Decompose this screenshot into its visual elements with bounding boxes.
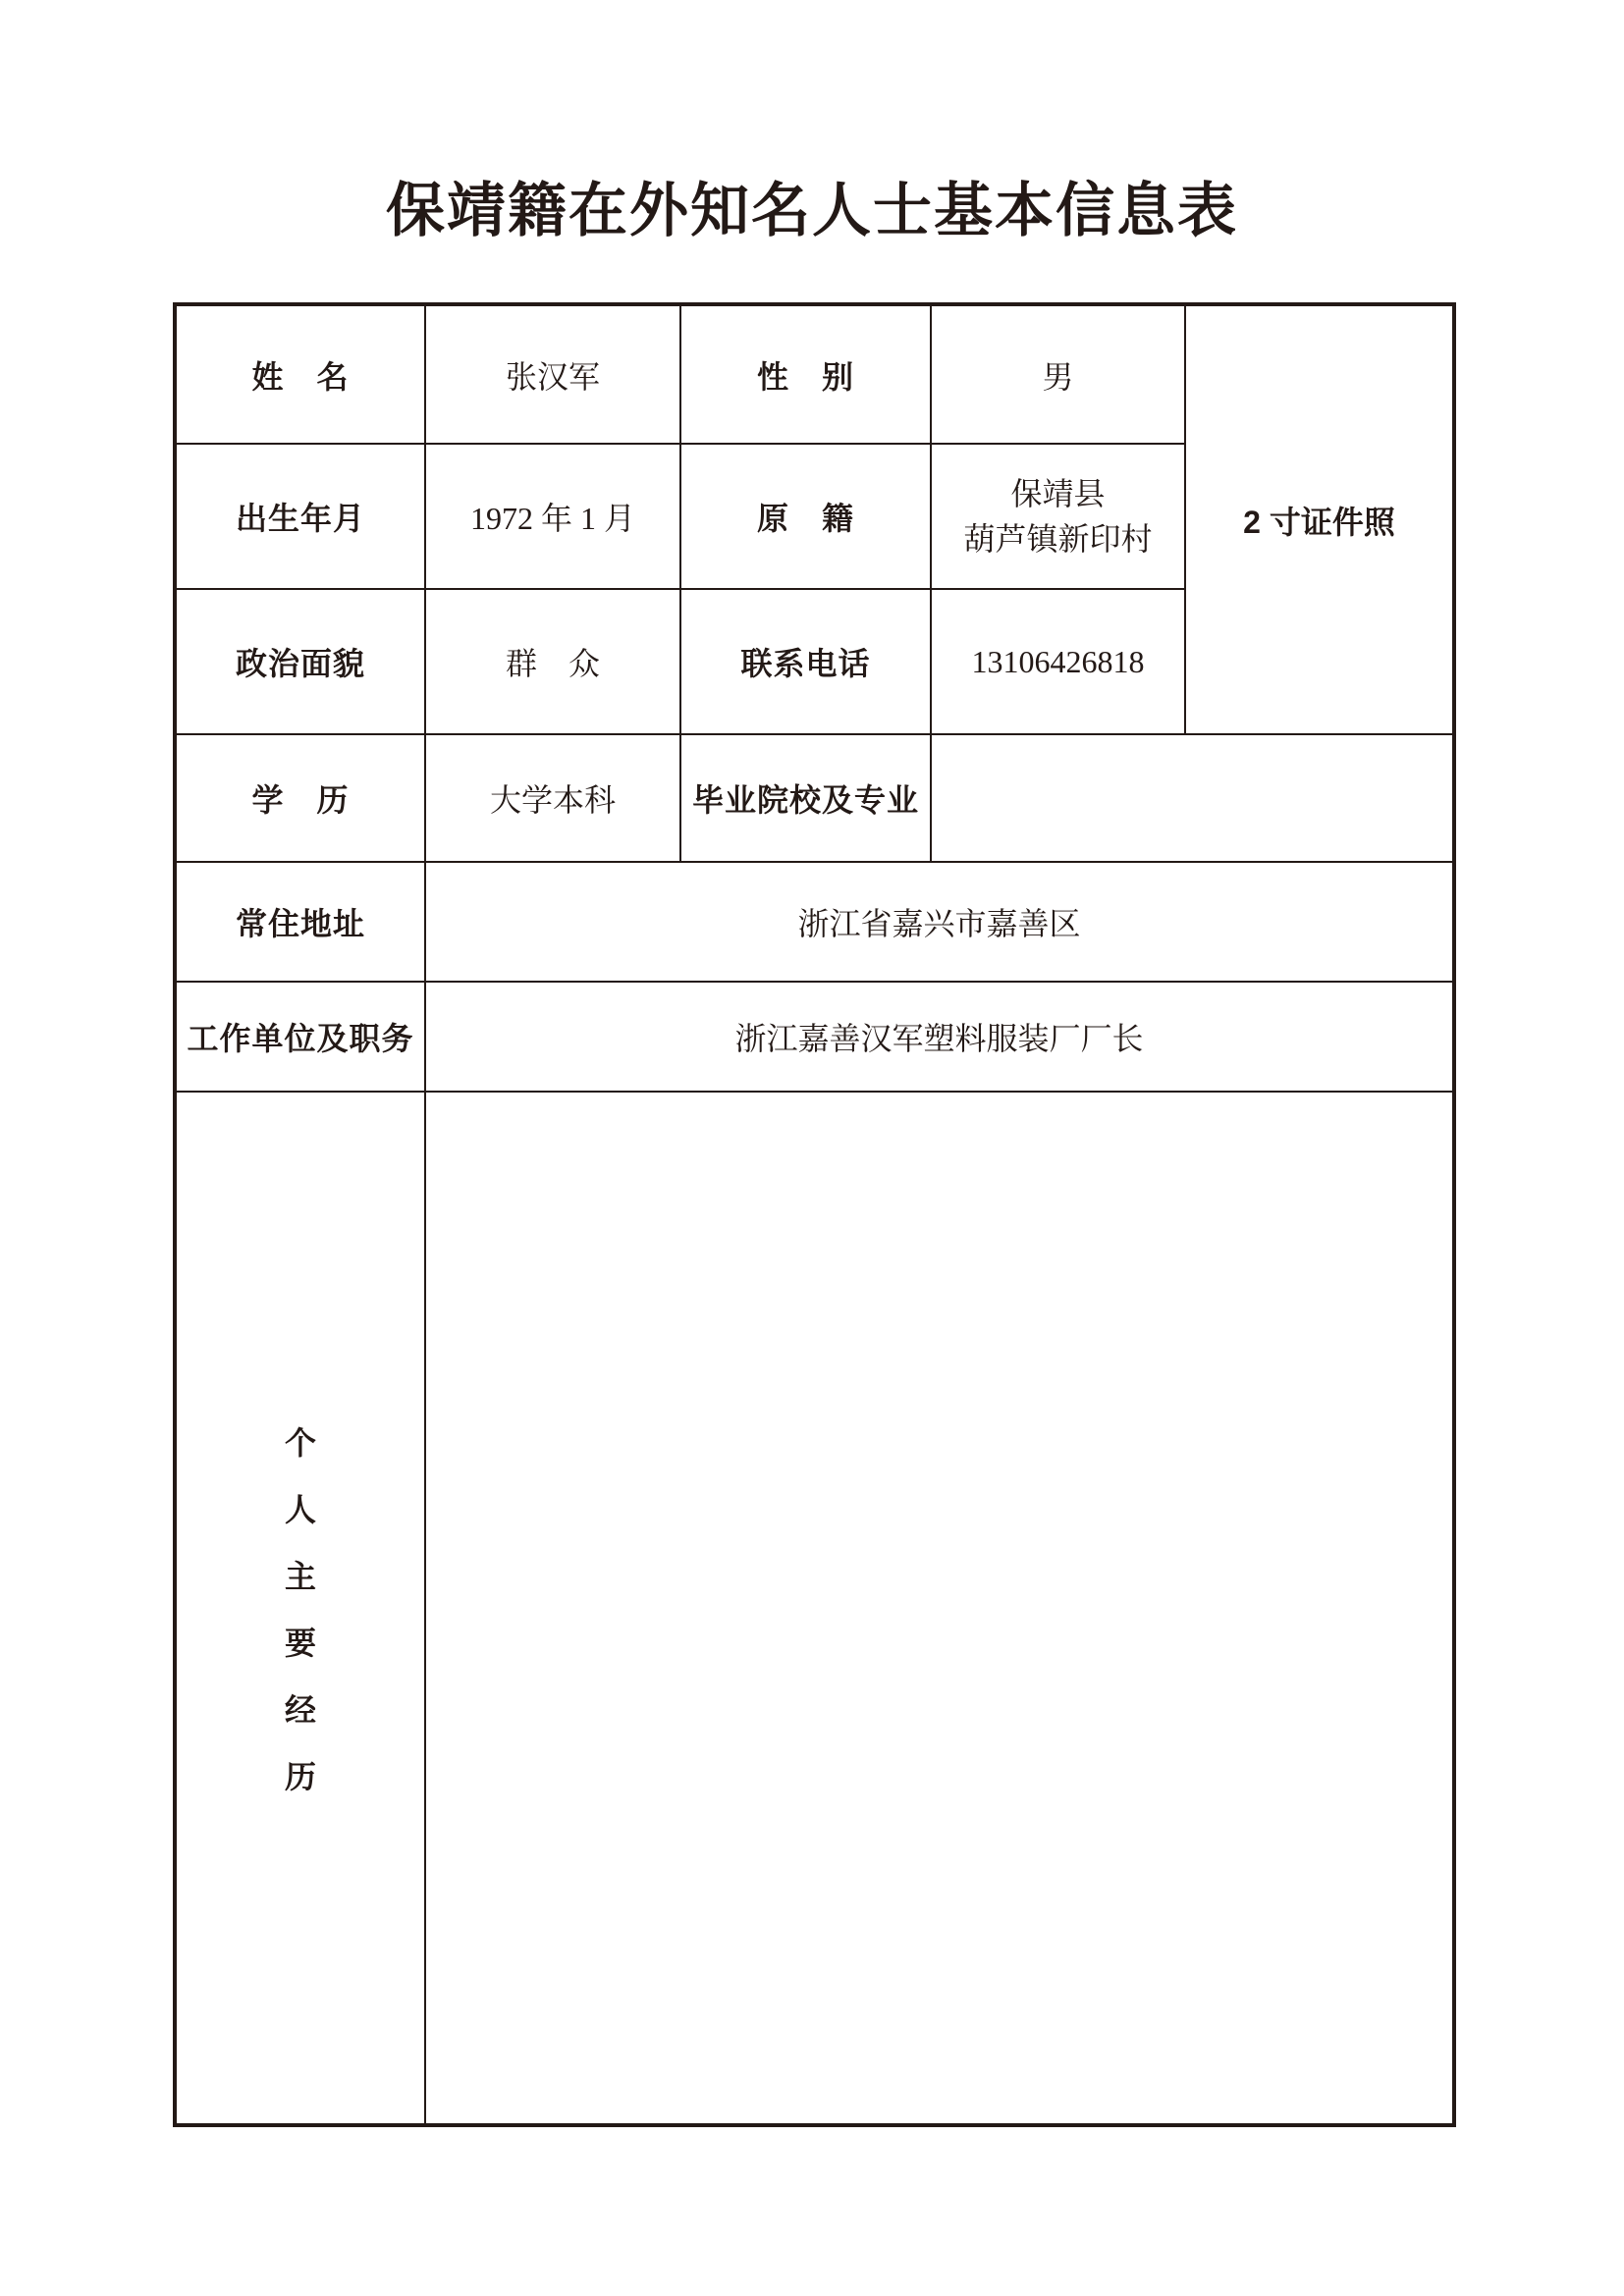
experience-char: 要	[285, 1619, 316, 1664]
work-value: 浙江嘉善汉军塑料服装厂厂长	[425, 982, 1454, 1092]
address-value: 浙江省嘉兴市嘉善区	[425, 862, 1454, 982]
name-value: 张汉军	[425, 304, 680, 444]
birth-value: 1972 年 1 月	[425, 444, 680, 589]
info-table: 姓 名 张汉军 性 别 男 2 寸证件照 出生年月 1972 年 1 月 原 籍…	[173, 302, 1456, 2127]
experience-char: 个	[285, 1418, 316, 1464]
name-label: 姓 名	[175, 304, 425, 444]
row-education-school: 学 历 大学本科 毕业院校及专业	[175, 734, 1454, 862]
school-label: 毕业院校及专业	[680, 734, 931, 862]
photo-placeholder: 2 寸证件照	[1185, 304, 1454, 734]
experience-char: 人	[285, 1485, 316, 1530]
phone-label: 联系电话	[680, 589, 931, 734]
row-address: 常住地址 浙江省嘉兴市嘉善区	[175, 862, 1454, 982]
row-work: 工作单位及职务 浙江嘉善汉军塑料服装厂厂长	[175, 982, 1454, 1092]
birth-label: 出生年月	[175, 444, 425, 589]
gender-label: 性 别	[680, 304, 931, 444]
gender-value: 男	[931, 304, 1185, 444]
experience-char: 经	[285, 1685, 316, 1731]
experience-value	[425, 1092, 1454, 2125]
row-experience: 个 人 主 要 经 历	[175, 1092, 1454, 2125]
origin-line1: 保靖县	[938, 471, 1178, 516]
education-value: 大学本科	[425, 734, 680, 862]
experience-label: 个 人 主 要 经 历	[175, 1092, 425, 2125]
experience-char: 历	[285, 1752, 316, 1797]
document-page: 保靖籍在外知名人士基本信息表 姓 名 张汉军 性 别 男 2 寸证件照 出生年月…	[0, 0, 1624, 2296]
work-label: 工作单位及职务	[175, 982, 425, 1092]
origin-line2: 葫芦镇新印村	[938, 516, 1178, 561]
origin-value: 保靖县 葫芦镇新印村	[931, 444, 1185, 589]
origin-label: 原 籍	[680, 444, 931, 589]
political-status-value: 群 众	[425, 589, 680, 734]
phone-value: 13106426818	[931, 589, 1185, 734]
row-name-gender: 姓 名 张汉军 性 别 男 2 寸证件照	[175, 304, 1454, 444]
political-status-label: 政治面貌	[175, 589, 425, 734]
school-value	[931, 734, 1454, 862]
page-title: 保靖籍在外知名人士基本信息表	[0, 179, 1624, 243]
experience-label-vertical-text: 个 人 主 要 经 历	[183, 1096, 418, 2119]
experience-char: 主	[285, 1552, 316, 1597]
education-label: 学 历	[175, 734, 425, 862]
address-label: 常住地址	[175, 862, 425, 982]
